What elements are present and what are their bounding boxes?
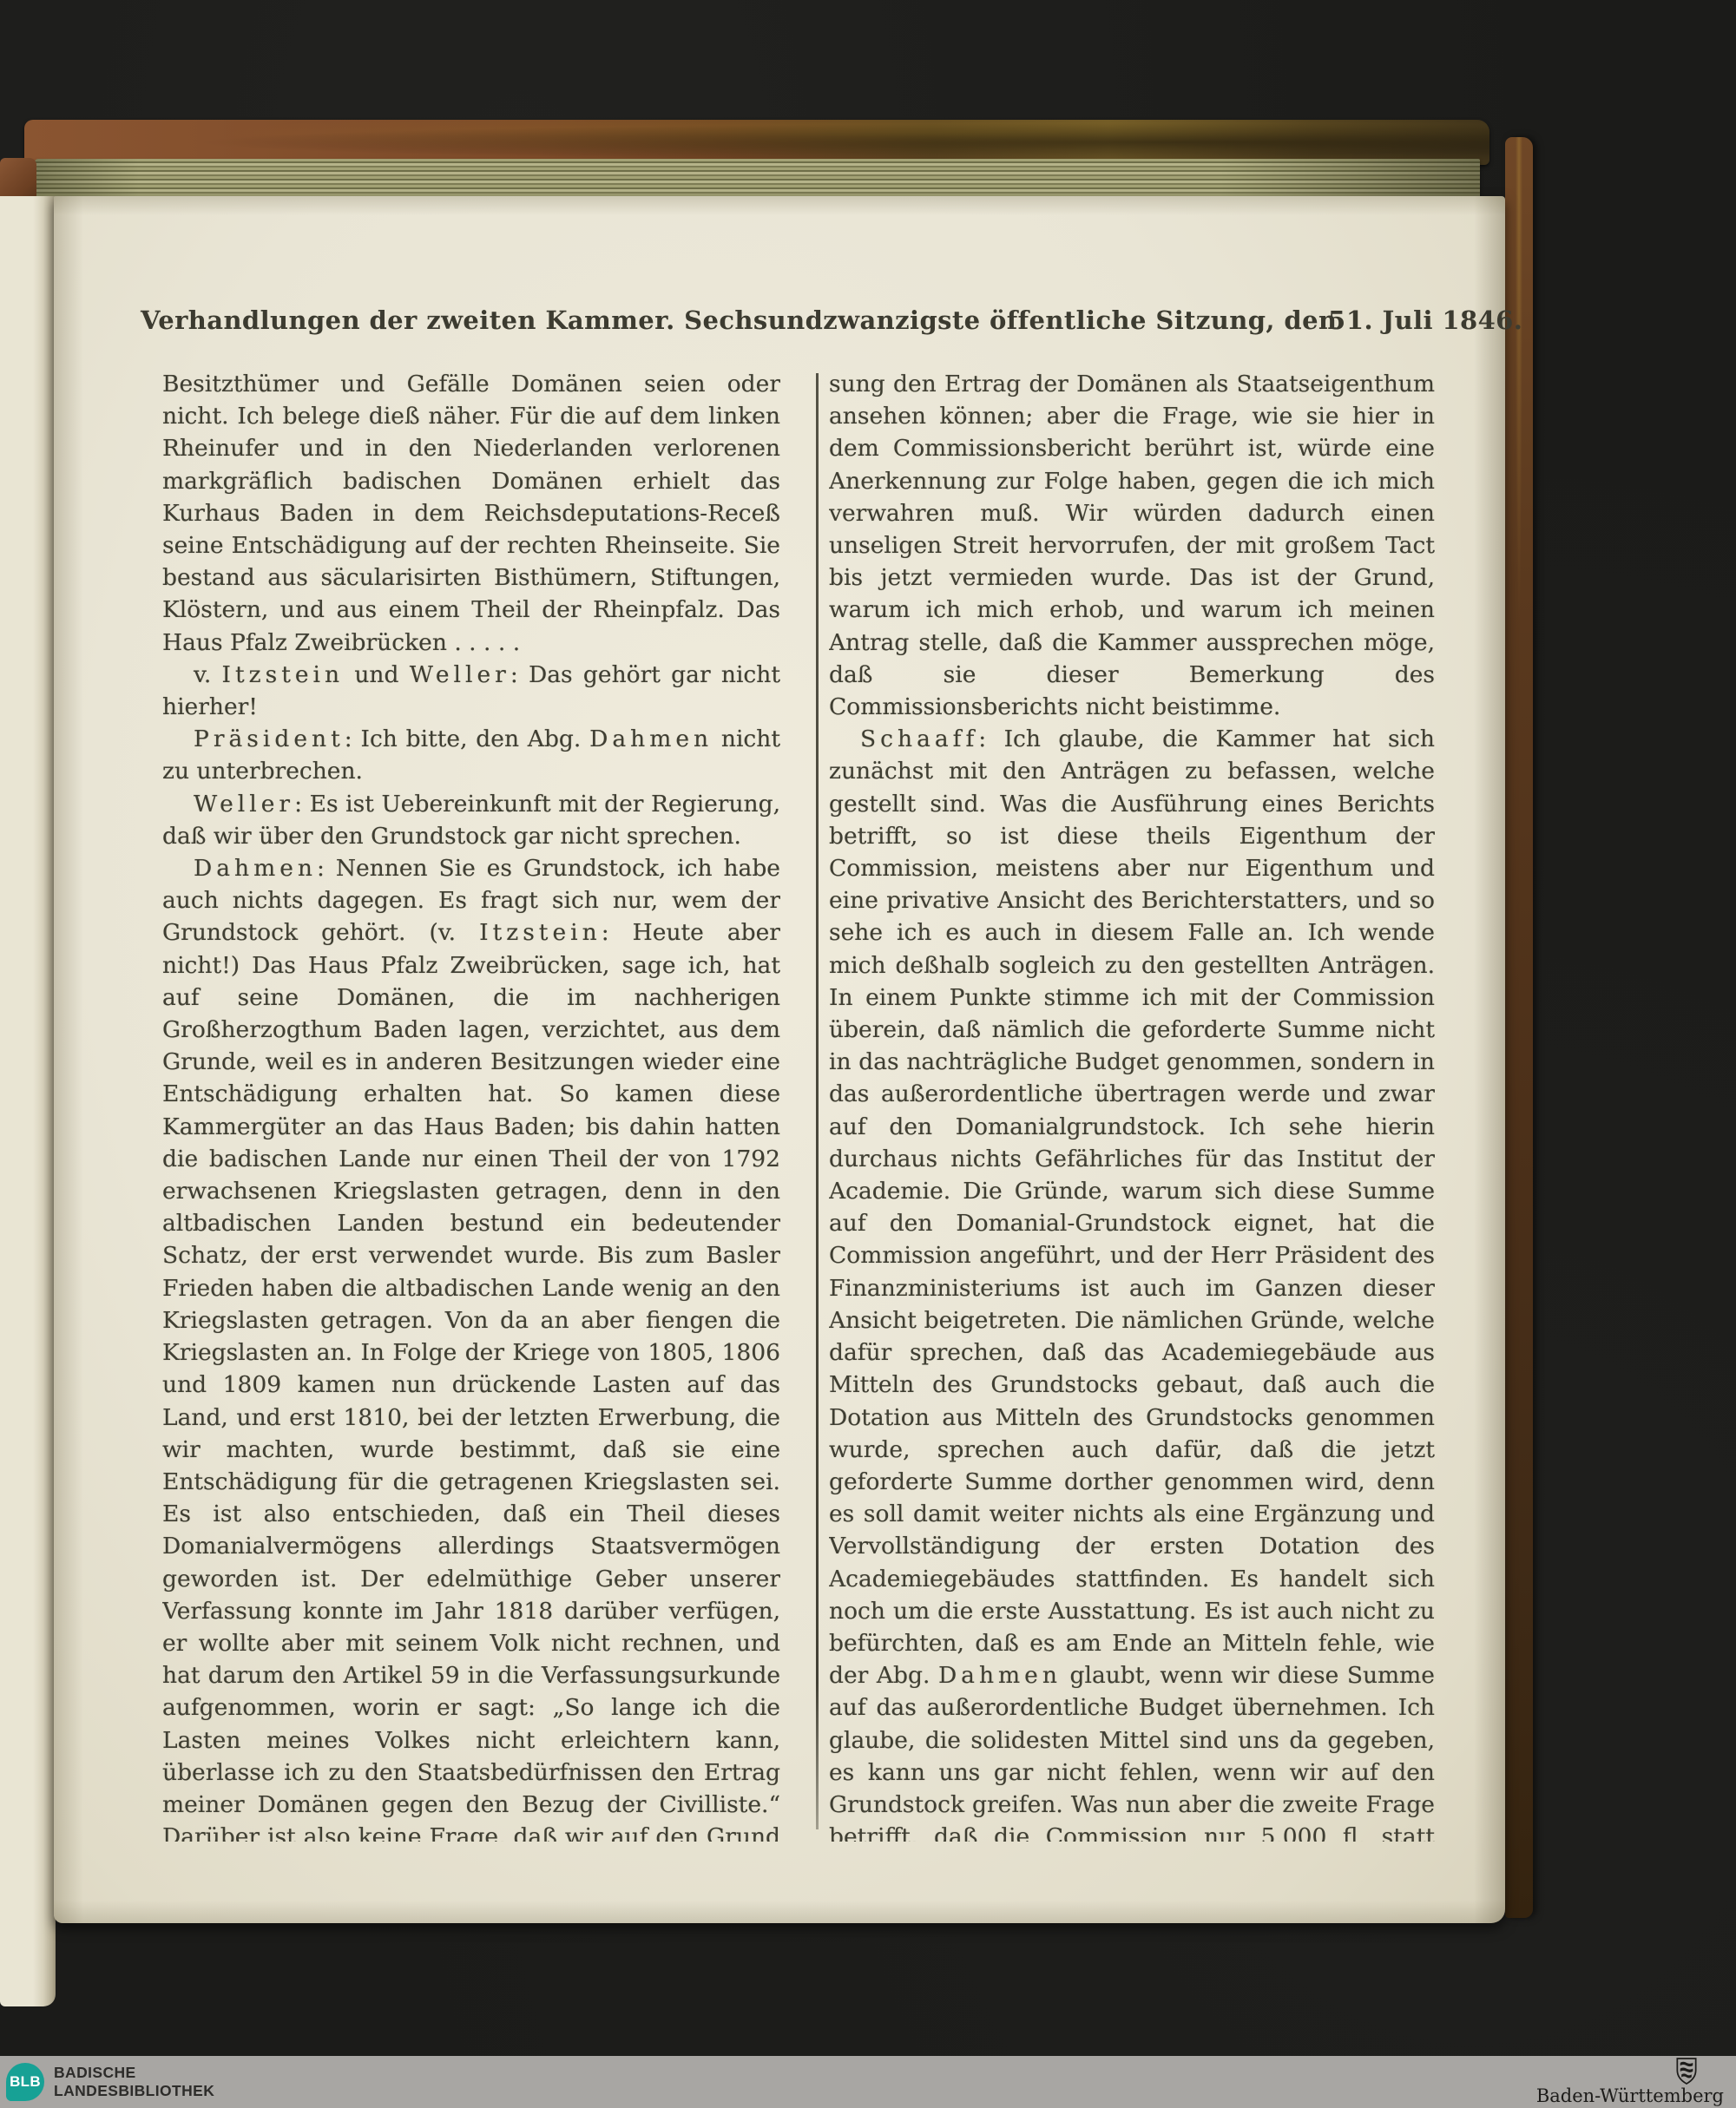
- footer-bar: BLB BADISCHE LANDESBIBLIOTHEK Baden-Würt…: [0, 2056, 1736, 2108]
- body-text: : Ich glaube, die Kammer hat sich zunäch…: [829, 726, 1435, 1689]
- page-block-gilt-edge: [35, 159, 1480, 199]
- paragraph: Weller: Es ist Uebereinkunft mit der Reg…: [162, 788, 780, 852]
- adjacent-page-edge: [0, 196, 56, 2006]
- scan-viewport: Verhandlungen der zweiten Kammer. Sechsu…: [0, 0, 1736, 2108]
- speaker-name: Dahmen: [589, 726, 713, 752]
- page-number: 5: [1328, 305, 1345, 335]
- scanned-page: Verhandlungen der zweiten Kammer. Sechsu…: [54, 196, 1505, 1923]
- state-name: Baden-Württemberg: [1536, 2085, 1724, 2106]
- book-spine-corner-top: [0, 158, 36, 201]
- state-branding: Baden-Württemberg: [1536, 2058, 1724, 2106]
- paragraph: Präsident: Ich bitte, den Abg. Dahmen ni…: [162, 723, 780, 787]
- baden-wuerttemberg-crest-icon: [1675, 2058, 1698, 2085]
- speaker-name: Itzstein: [222, 661, 345, 688]
- paragraph: sung den Ertrag der Domänen als Staatsei…: [829, 368, 1435, 723]
- speaker-name: Weller: [410, 661, 510, 688]
- body-text: v.: [194, 661, 222, 688]
- blb-logo-icon: BLB: [6, 2063, 44, 2101]
- library-name-line1: BADISCHE: [54, 2064, 214, 2082]
- speaker-name: Weller: [194, 791, 294, 818]
- paragraph: Besitzthümer und Gefälle Domänen seien o…: [162, 368, 780, 659]
- body-text: : Heute aber nicht!) Das Haus Pfalz Zwei…: [162, 919, 780, 1842]
- body-text: : Ich bitte, den Abg.: [345, 726, 589, 752]
- book-cover-right-edge: [1505, 137, 1533, 1918]
- speaker-name: Schaaff: [860, 726, 978, 752]
- paragraph: Schaaff: Ich glaube, die Kammer hat sich…: [829, 723, 1435, 1842]
- blb-logo-text: BLB: [10, 2073, 41, 2091]
- text-column-right: sung den Ertrag der Domänen als Staatsei…: [829, 368, 1435, 1842]
- speaker-name: Itzstein: [479, 919, 602, 946]
- library-name: BADISCHE LANDESBIBLIOTHEK: [54, 2064, 214, 2100]
- column-divider: [816, 373, 819, 1829]
- paragraph: v. Itzstein und Weller: Das gehört gar n…: [162, 659, 780, 723]
- body-text: und: [344, 661, 410, 688]
- speaker-name: Präsident: [194, 726, 345, 752]
- speaker-name: Dahmen: [194, 855, 317, 882]
- body-text: Besitzthümer und Gefälle Domänen seien o…: [162, 371, 780, 656]
- body-text: sung den Ertrag der Domänen als Staatsei…: [829, 371, 1435, 720]
- text-column-left: Besitzthümer und Gefälle Domänen seien o…: [162, 368, 780, 1842]
- running-header: Verhandlungen der zweiten Kammer. Sechsu…: [141, 305, 1338, 335]
- body-text: glaubt, wenn wir diese Summe auf das auß…: [829, 1662, 1435, 1842]
- speaker-name: Dahmen: [938, 1662, 1062, 1689]
- paragraph: Dahmen: Nennen Sie es Grundstock, ich ha…: [162, 852, 780, 1842]
- library-name-line2: LANDESBIBLIOTHEK: [54, 2082, 214, 2100]
